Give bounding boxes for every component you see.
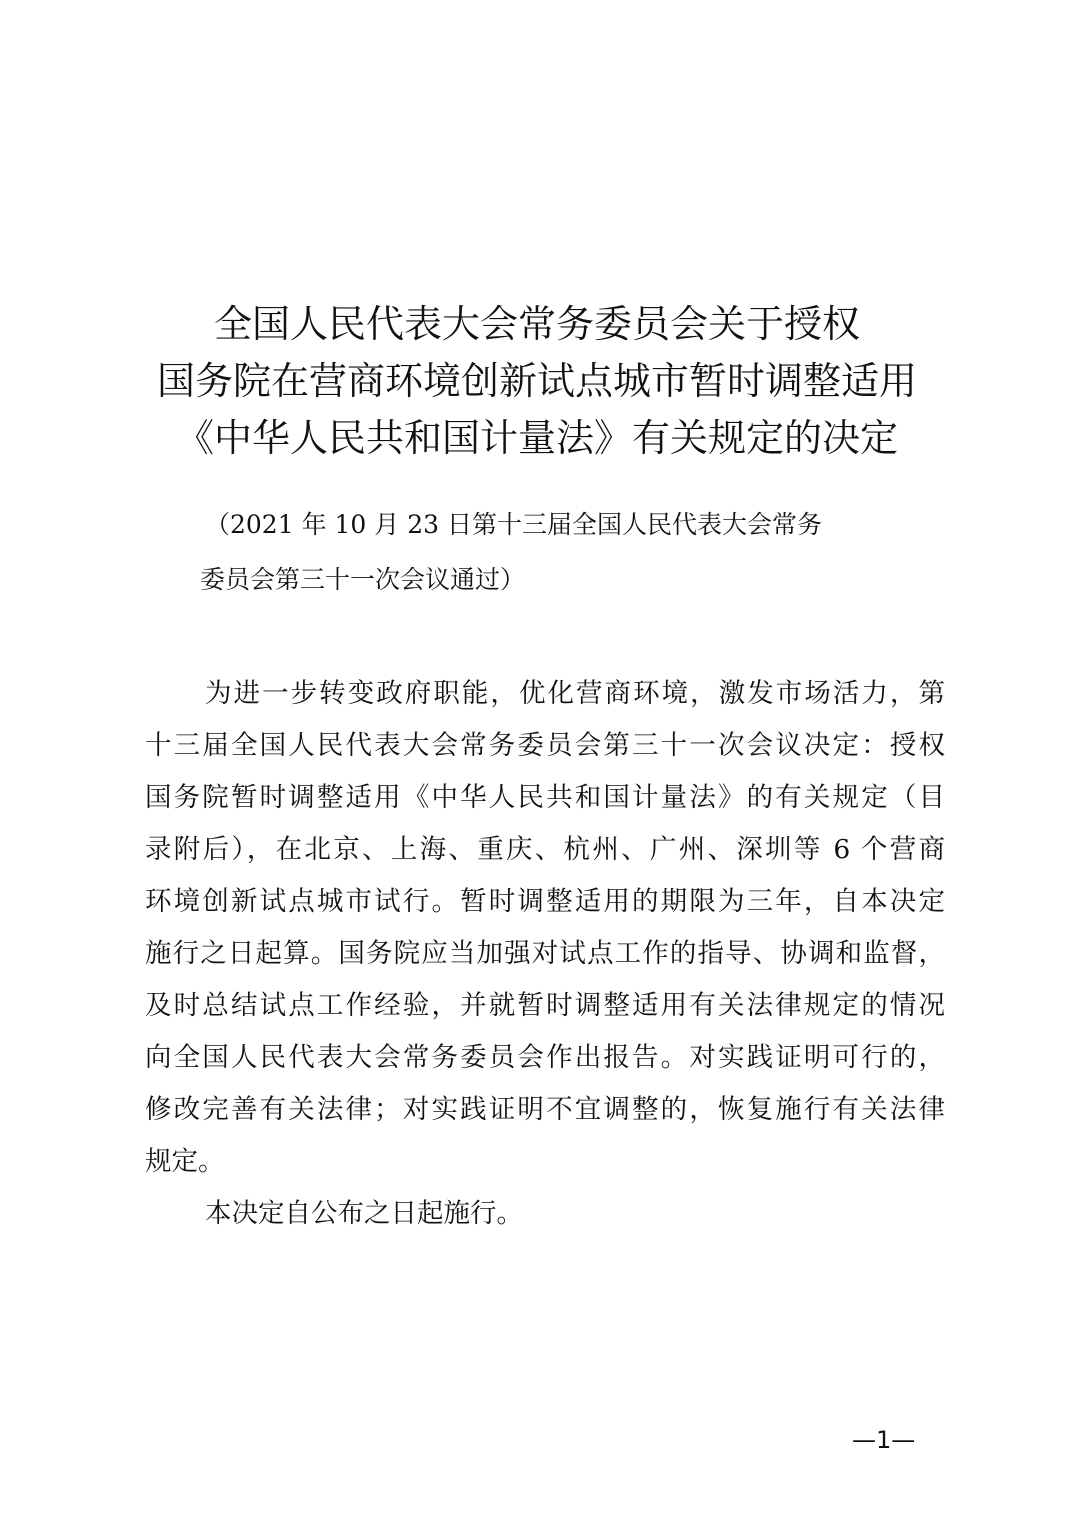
body-line: 十三届全国人民代表大会常务委员会第三十一次会议决定：授权 [145, 720, 945, 772]
body-line: 施行之日起算。国务院应当加强对试点工作的指导、协调和监督， [145, 928, 945, 980]
page-number: —1— [852, 1425, 915, 1455]
body-line: 环境创新试点城市试行。暂时调整适用的期限为三年，自本决定 [145, 876, 945, 928]
body-line: 国务院暂时调整适用《中华人民共和国计量法》的有关规定（目 [145, 772, 945, 824]
title-line-1: 全国人民代表大会常务委员会关于授权 [0, 296, 1074, 353]
body-line: 规定。 [145, 1136, 945, 1188]
body-line: 为进一步转变政府职能，优化营商环境，激发市场活力，第 [145, 668, 945, 720]
body-line: 修改完善有关法律；对实践证明不宜调整的，恢复施行有关法律 [145, 1084, 945, 1136]
adoption-note-line-2: 委员会第三十一次会议通过） [200, 563, 525, 597]
body-line: 及时总结试点工作经验，并就暂时调整适用有关法律规定的情况 [145, 980, 945, 1032]
body-line: 录附后），在北京、上海、重庆、杭州、广州、深圳等 6 个营商 [145, 824, 945, 876]
document-page: 全国人民代表大会常务委员会关于授权 国务院在营商环境创新试点城市暂时调整适用 《… [0, 0, 1074, 1520]
body-line: 向全国人民代表大会常务委员会作出报告。对实践证明可行的， [145, 1032, 945, 1084]
document-title: 全国人民代表大会常务委员会关于授权 国务院在营商环境创新试点城市暂时调整适用 《… [0, 296, 1074, 467]
title-line-2: 国务院在营商环境创新试点城市暂时调整适用 [0, 353, 1074, 410]
adoption-note-line-1: （2021 年 10 月 23 日第十三届全国人民代表大会常务 [205, 508, 822, 542]
decision-body: 为进一步转变政府职能，优化营商环境，激发市场活力，第 十三届全国人民代表大会常务… [145, 668, 945, 1240]
effective-date-line: 本决定自公布之日起施行。 [145, 1188, 945, 1240]
title-line-3: 《中华人民共和国计量法》有关规定的决定 [0, 410, 1074, 467]
